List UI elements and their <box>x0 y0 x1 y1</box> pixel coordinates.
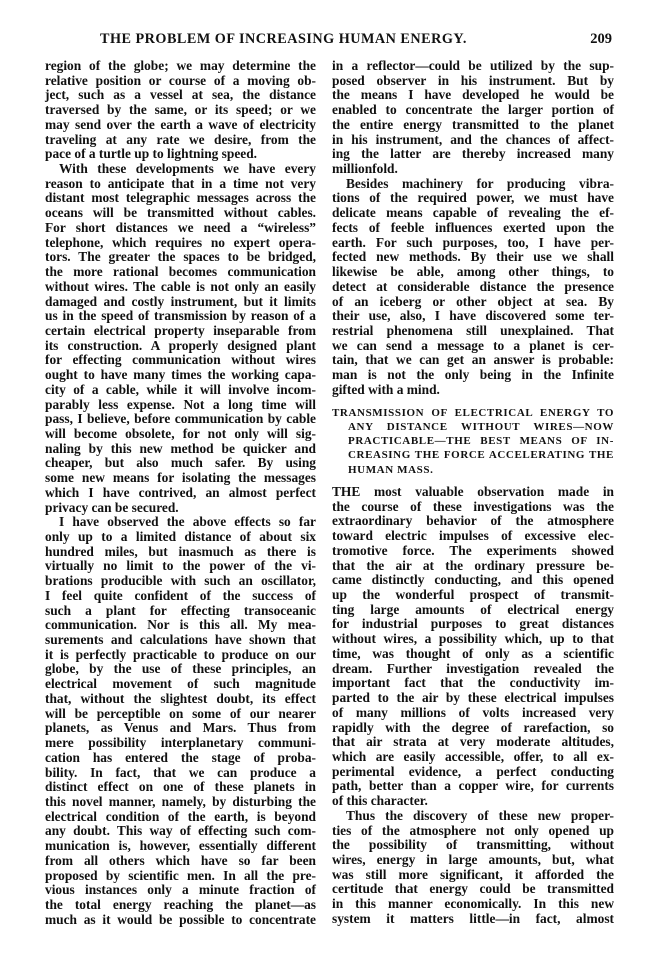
text-line: For short distances we need a “wireless” <box>45 221 316 236</box>
text-line: this novel manner, namely, by disturbing… <box>45 795 316 810</box>
text-line: in a reflector—could be utilized by the … <box>332 59 614 74</box>
text-line: pass, I believe, before communication by… <box>45 412 316 427</box>
text-line: pace of a turtle up to lightning speed. <box>45 147 316 162</box>
text-line: the course of these investigations was t… <box>332 500 614 515</box>
text-line: tors. The greater the spaces to be bridg… <box>45 250 316 265</box>
text-line: we can send a message to a planet is cer… <box>332 339 614 354</box>
text-line: of this character. <box>332 794 614 809</box>
right-column: in a reflector—could be utilized by the … <box>332 59 614 927</box>
text-line: wires, energy in large amounts, but, wha… <box>332 853 614 868</box>
text-line: without wires, a possibility which, up t… <box>332 632 614 647</box>
text-line: that the air at the ordinary pressure be… <box>332 559 614 574</box>
text-line: bility. In fact, that we can produce a <box>45 766 316 781</box>
text-line: I have observed the above effects so far <box>45 515 316 530</box>
section-heading-line: PRACTICABLE—THE BEST MEANS OF IN- <box>332 434 614 448</box>
text-line: system it matters little—in fact, almost <box>332 912 614 927</box>
right-column-text-after-heading: THE most valuable observation made inthe… <box>332 485 614 927</box>
section-heading: TRANSMISSION OF ELECTRICAL ENERGY TOANY … <box>332 406 614 477</box>
text-line: may send over the earth a wave of electr… <box>45 118 316 133</box>
page-number: 209 <box>590 31 612 48</box>
text-line: for industrial purposes to great distanc… <box>332 617 614 632</box>
text-line: toward electric impulses of excessive el… <box>332 529 614 544</box>
text-line: ing the latter are thereby increased man… <box>332 147 614 162</box>
text-line: globe, by the use of these principles, a… <box>45 662 316 677</box>
text-line: tromotive force. The experiments showed <box>332 544 614 559</box>
text-line: that, without the slightest doubt, its e… <box>45 692 316 707</box>
text-line: will be perceptible on some of our neare… <box>45 707 316 722</box>
text-line: restrial phenomena still unexplained. Th… <box>332 324 614 339</box>
text-line: THE most valuable observation made in <box>332 485 614 500</box>
text-line: came distinctly conducting, and this ope… <box>332 573 614 588</box>
text-line: certitude that energy could be transmitt… <box>332 882 614 897</box>
text-line: time, was thought of only as a scientifi… <box>332 647 614 662</box>
text-line: parably less expense. Not a long time wi… <box>45 398 316 413</box>
text-line: privacy can be secured. <box>45 501 316 516</box>
text-line: city of a cable, while it will involve i… <box>45 383 316 398</box>
text-line: likewise be able, among other things, to <box>332 265 614 280</box>
text-line: gifted with a mind. <box>332 383 614 398</box>
text-line: will become obsolete, for not only will … <box>45 427 316 442</box>
text-line: was still more significant, it afforded … <box>332 868 614 883</box>
text-line: reason to anticipate that in a time not … <box>45 177 316 192</box>
text-line: planets, as Venus and Mars. Thus from <box>45 721 316 736</box>
text-line: its construction. A properly designed pl… <box>45 339 316 354</box>
text-line: us in the speed of transmission by reaso… <box>45 309 316 324</box>
text-line: With these developments we have every <box>45 162 316 177</box>
text-line: traversed by the same, or its speed; or … <box>45 103 316 118</box>
text-line: perimental evidence, a perfect conductin… <box>332 765 614 780</box>
text-line: such a plant for effecting transoceanic <box>45 604 316 619</box>
text-line: up the wonderful prospect of transmit- <box>332 588 614 603</box>
text-line: in his instrument, and the chances of af… <box>332 133 614 148</box>
text-line: important fact that the conductivity im- <box>332 676 614 691</box>
text-line: of many millions of volts increased very <box>332 706 614 721</box>
text-line: naling by this new method be quicker and <box>45 442 316 457</box>
text-line: only up to a limited distance of about s… <box>45 530 316 545</box>
text-line: the entire energy transmitted to the pla… <box>332 118 614 133</box>
text-line: the more rational becomes communication <box>45 265 316 280</box>
page-header: THE PROBLEM OF INCREASING HUMAN ENERGY. … <box>100 31 612 49</box>
text-line: relative position or course of a moving … <box>45 74 316 89</box>
text-line: ting large amounts of electrical energy <box>332 603 614 618</box>
text-line: millionfold. <box>332 162 614 177</box>
text-line: hundred miles, but inasmuch as there is <box>45 545 316 560</box>
text-line: munication is, however, essentially diff… <box>45 839 316 854</box>
text-line: proposed by scientific men. In all the p… <box>45 869 316 884</box>
text-line: mere possibility interplanetary communi- <box>45 736 316 751</box>
text-line: detect at considerable distance the pres… <box>332 280 614 295</box>
text-line: I feel quite confident of the success of <box>45 589 316 604</box>
text-line: earth. For such purposes, too, I have pe… <box>332 236 614 251</box>
text-line: vious instances only a minute fraction o… <box>45 883 316 898</box>
text-line: surements and calculations have shown th… <box>45 633 316 648</box>
text-line: which I have contrived, an almost perfec… <box>45 486 316 501</box>
text-line: in this manner economically. In this new <box>332 897 614 912</box>
text-line: Thus the discovery of these new proper- <box>332 809 614 824</box>
right-column-text-before-heading: in a reflector—could be utilized by the … <box>332 59 614 398</box>
text-line: cation has entered the stage of proba- <box>45 751 316 766</box>
text-line: region of the globe; we may determine th… <box>45 59 316 74</box>
text-line: of an iceberg or other object at sea. By <box>332 295 614 310</box>
text-line: oceans will be transmitted without cable… <box>45 206 316 221</box>
text-line: for effecting communication without wire… <box>45 353 316 368</box>
text-line: ought to have many times the working cap… <box>45 368 316 383</box>
text-line: the possibility of transmitting, without <box>332 838 614 853</box>
text-line: damaged and costly instrument, but it li… <box>45 295 316 310</box>
text-line: traveling at any rate we desire, from th… <box>45 133 316 148</box>
text-line: from all others which have so far been <box>45 854 316 869</box>
section-heading-line: HUMAN MASS. <box>332 463 614 477</box>
text-line: telephone, which requires no expert oper… <box>45 236 316 251</box>
text-line: the total energy reaching the planet—as <box>45 898 316 913</box>
text-line: some new means for isolating the message… <box>45 471 316 486</box>
text-line: rapidly with the degree of rarefaction, … <box>332 721 614 736</box>
text-line: fected new methods. By their use we shal… <box>332 250 614 265</box>
running-title: THE PROBLEM OF INCREASING HUMAN ENERGY. <box>100 31 467 48</box>
text-line: tions of the required power, we must hav… <box>332 191 614 206</box>
text-line: their use, also, I have discovered some … <box>332 309 614 324</box>
text-line: electrical movement of such magnitude <box>45 677 316 692</box>
text-line: distinct effect on one of these planets … <box>45 780 316 795</box>
text-line: posed observer in his instrument. But by <box>332 74 614 89</box>
text-line: distant most telegraphic messages across… <box>45 191 316 206</box>
section-heading-line: CREASING THE FORCE ACCELERATING THE <box>332 448 614 462</box>
text-line: Besides machinery for producing vibra- <box>332 177 614 192</box>
text-line: much as it would be possible to concentr… <box>45 913 316 928</box>
text-line: any doubt. This way of effecting such co… <box>45 824 316 839</box>
text-line: the means I have developed he would be <box>332 88 614 103</box>
text-line: delicate means capable of revealing the … <box>332 206 614 221</box>
text-line: parted to the air by these electrical im… <box>332 691 614 706</box>
text-line: ject, such as a vessel at sea, the dista… <box>45 88 316 103</box>
left-column: region of the globe; we may determine th… <box>45 59 316 927</box>
text-line: man is not the only being in the Infinit… <box>332 368 614 383</box>
text-line: which are easily accessible, offer, to a… <box>332 750 614 765</box>
text-line: without wires. The cable is not only an … <box>45 280 316 295</box>
text-line: tain, that we can get an answer is proba… <box>332 353 614 368</box>
text-line: certain electrical property inseparable … <box>45 324 316 339</box>
text-line: it is perfectly practicable to produce o… <box>45 648 316 663</box>
text-line: electrical condition of the earth, is be… <box>45 810 316 825</box>
text-line: extraordinary behavior of the atmosphere <box>332 514 614 529</box>
text-line: communication. Nor is this all. My mea- <box>45 618 316 633</box>
section-heading-line: ANY DISTANCE WITHOUT WIRES—NOW <box>332 420 614 434</box>
section-heading-line: TRANSMISSION OF ELECTRICAL ENERGY TO <box>332 406 614 420</box>
text-line: brations producible with such an oscilla… <box>45 574 316 589</box>
text-line: that air strata at very moderate altitud… <box>332 735 614 750</box>
text-line: ties of the atmosphere not only opened u… <box>332 824 614 839</box>
text-line: enabled to concentrate the larger portio… <box>332 103 614 118</box>
text-line: virtually no limit to the power of the v… <box>45 559 316 574</box>
text-line: path, better than a copper wire, for cur… <box>332 779 614 794</box>
text-line: dream. Further investigation revealed th… <box>332 662 614 677</box>
text-line: cheaper, but also much safer. By using <box>45 456 316 471</box>
text-line: fects of feeble influences exerted upon … <box>332 221 614 236</box>
